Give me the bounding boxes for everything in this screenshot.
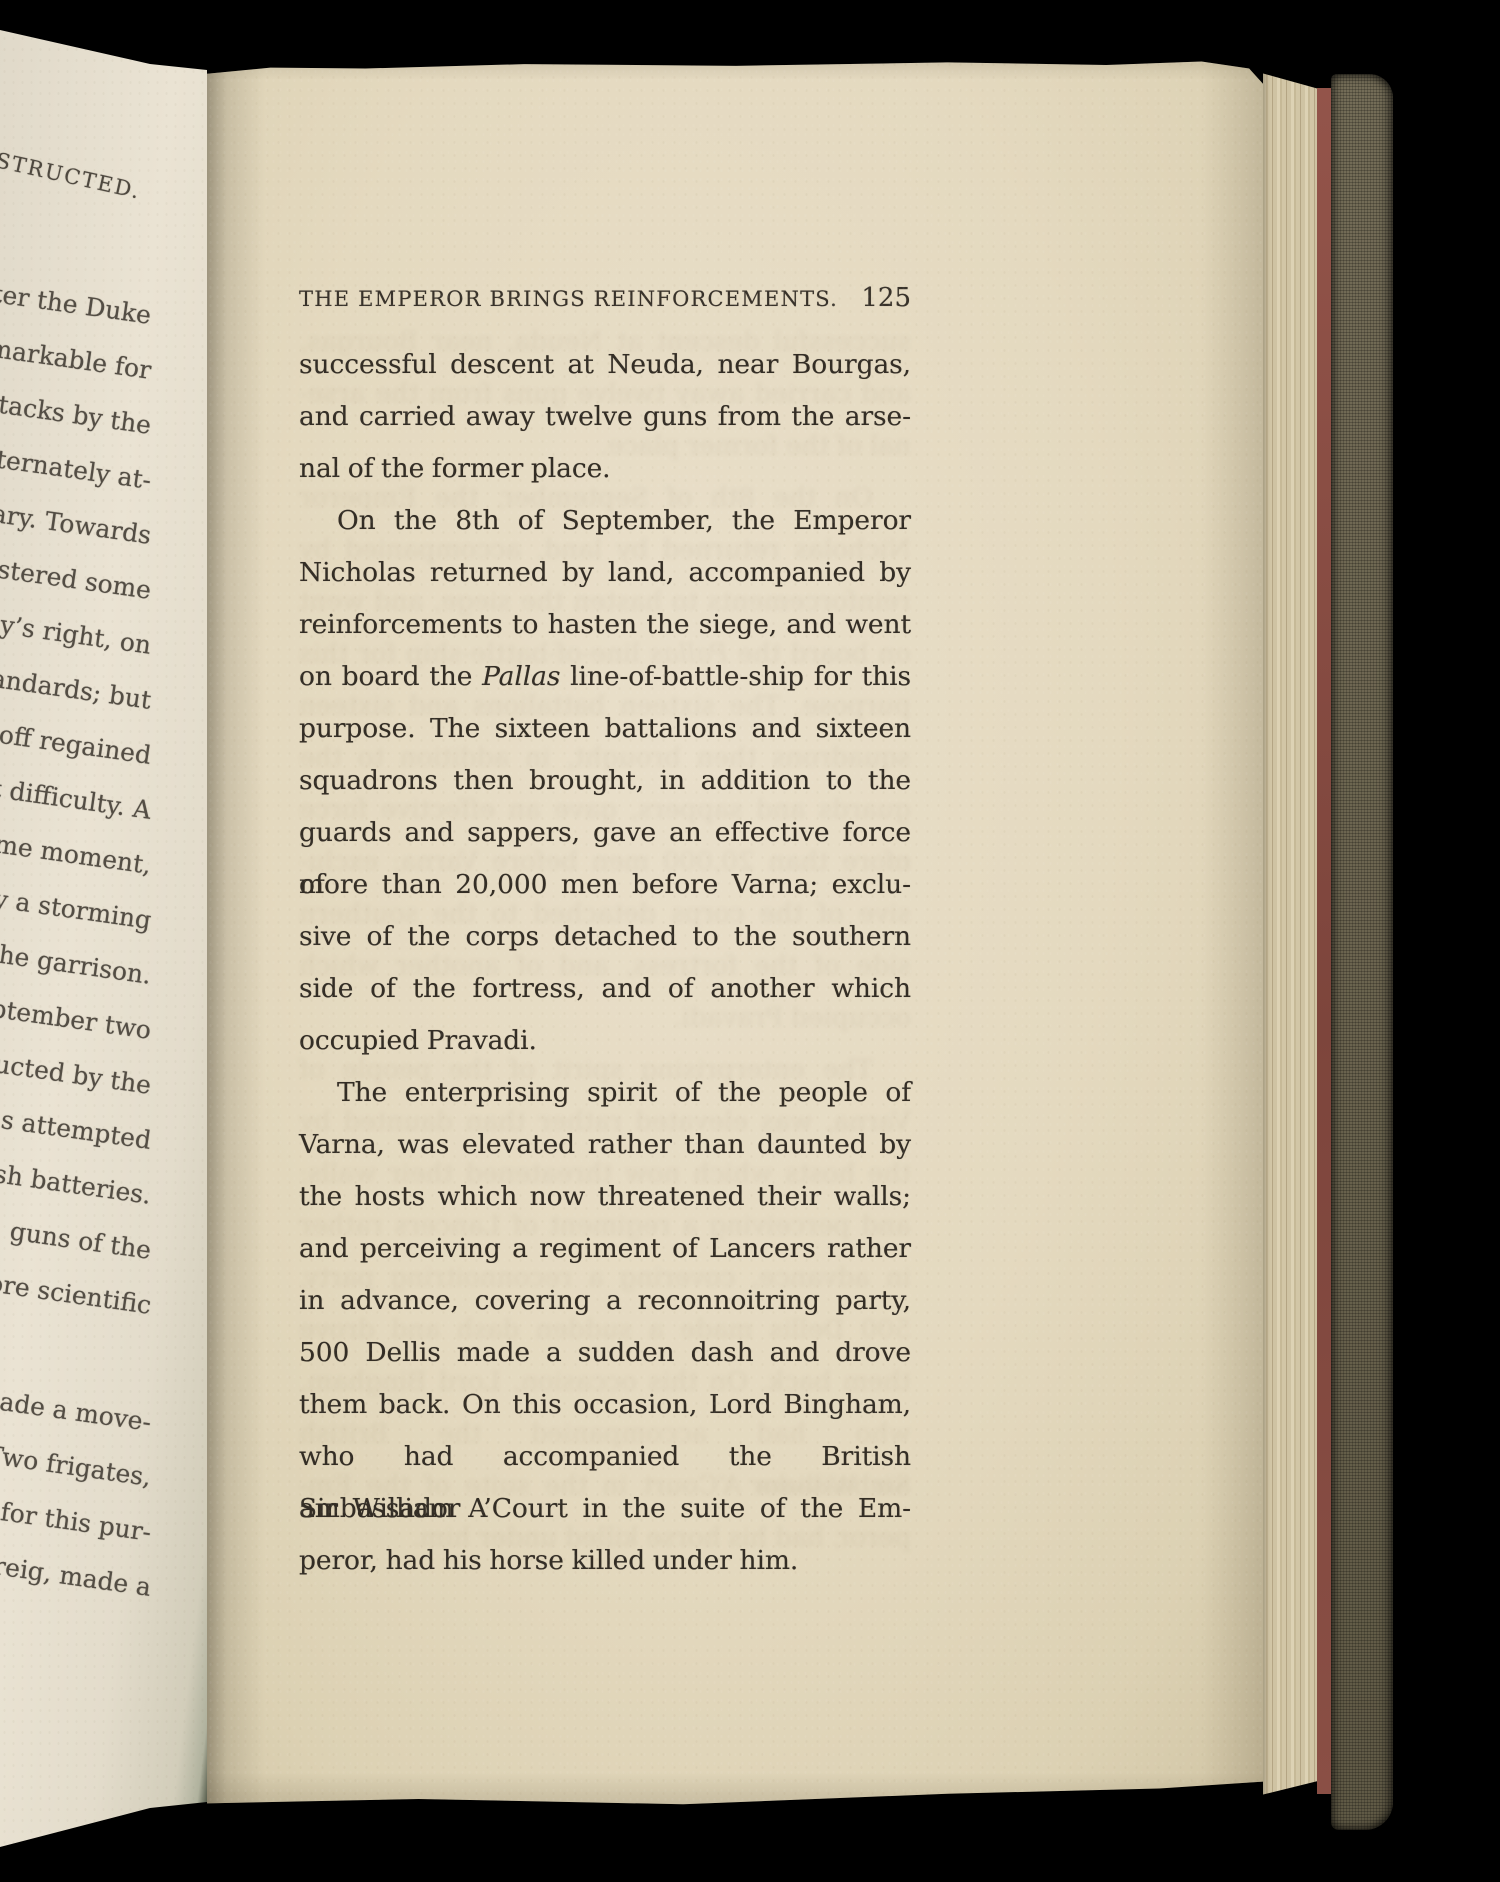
body-text: successful descent at Neuda, near Bourga… (299, 339, 911, 1587)
text-line: who had accompanied the British ambassad… (299, 1431, 911, 1483)
text-line: peror, had his horse killed under him. (299, 1535, 911, 1587)
left-page-text-column: d after the Dukes remarkable forr-attack… (0, 288, 151, 1615)
main-page: successful descent at Neuda, near Bourga… (207, 58, 1265, 1806)
paragraph: On the 8th of September, the EmperorNich… (299, 495, 911, 1067)
left-page-sliver: CONSTRUCTED. d after the Dukes remarkabl… (0, 0, 207, 1882)
text-line: in advance, covering a reconnoitring par… (299, 1275, 911, 1327)
text-line: Sir William A’Court in the suite of the … (299, 1483, 911, 1535)
text-line: guards and sappers, gave an effective fo… (299, 807, 911, 859)
text-line: sive of the corps detached to the southe… (299, 911, 911, 963)
text-line: The enterprising spirit of the people of (299, 1067, 911, 1119)
text-line: and perceiving a regiment of Lancers rat… (299, 1223, 911, 1275)
paragraph: The enterprising spirit of the people of… (299, 1067, 911, 1587)
text-line: squadrons then brought, in addition to t… (299, 755, 911, 807)
text-line: On the 8th of September, the Emperor (299, 495, 911, 547)
text-line: purpose. The sixteen battalions and sixt… (299, 703, 911, 755)
text-line: the hosts which now threatened their wal… (299, 1171, 911, 1223)
text-line: 500 Dellis made a sudden dash and drove (299, 1327, 911, 1379)
text-line: successful descent at Neuda, near Bourga… (299, 339, 911, 391)
fore-edge-page-stack (1263, 70, 1319, 1798)
text-line: them back. On this occasion, Lord Bingha… (299, 1379, 911, 1431)
text-line: side of the fortress, and of another whi… (299, 963, 911, 1015)
book-cover-edge (1331, 74, 1393, 1830)
text-line: on board the Pallas line-of-battle-ship … (299, 651, 911, 703)
photo-backdrop: { "book": { "main_page": { "running_head… (0, 0, 1500, 1882)
left-page-running-header: CONSTRUCTED. (0, 136, 144, 204)
text-line: more than 20,000 men before Varna; exclu… (299, 859, 911, 911)
text-line: nal of the former place. (299, 443, 911, 495)
paragraph: successful descent at Neuda, near Bourga… (299, 339, 911, 495)
text-line: Nicholas returned by land, accompanied b… (299, 547, 911, 599)
text-line: and carried away twelve guns from the ar… (299, 391, 911, 443)
page-edge-smudge (955, 1840, 1105, 1858)
page-number: 125 (861, 283, 911, 313)
text-line: Varna, was elevated rather than daunted … (299, 1119, 911, 1171)
text-line: reinforcements to hasten the siege, and … (299, 599, 911, 651)
text-block: THE EMPEROR BRINGS REINFORCEMENTS. 125 s… (299, 283, 911, 1587)
text-line: occupied Pravadi. (299, 1015, 911, 1067)
running-header: THE EMPEROR BRINGS REINFORCEMENTS. 125 (299, 283, 911, 313)
running-header-title: THE EMPEROR BRINGS REINFORCEMENTS. (299, 287, 838, 311)
